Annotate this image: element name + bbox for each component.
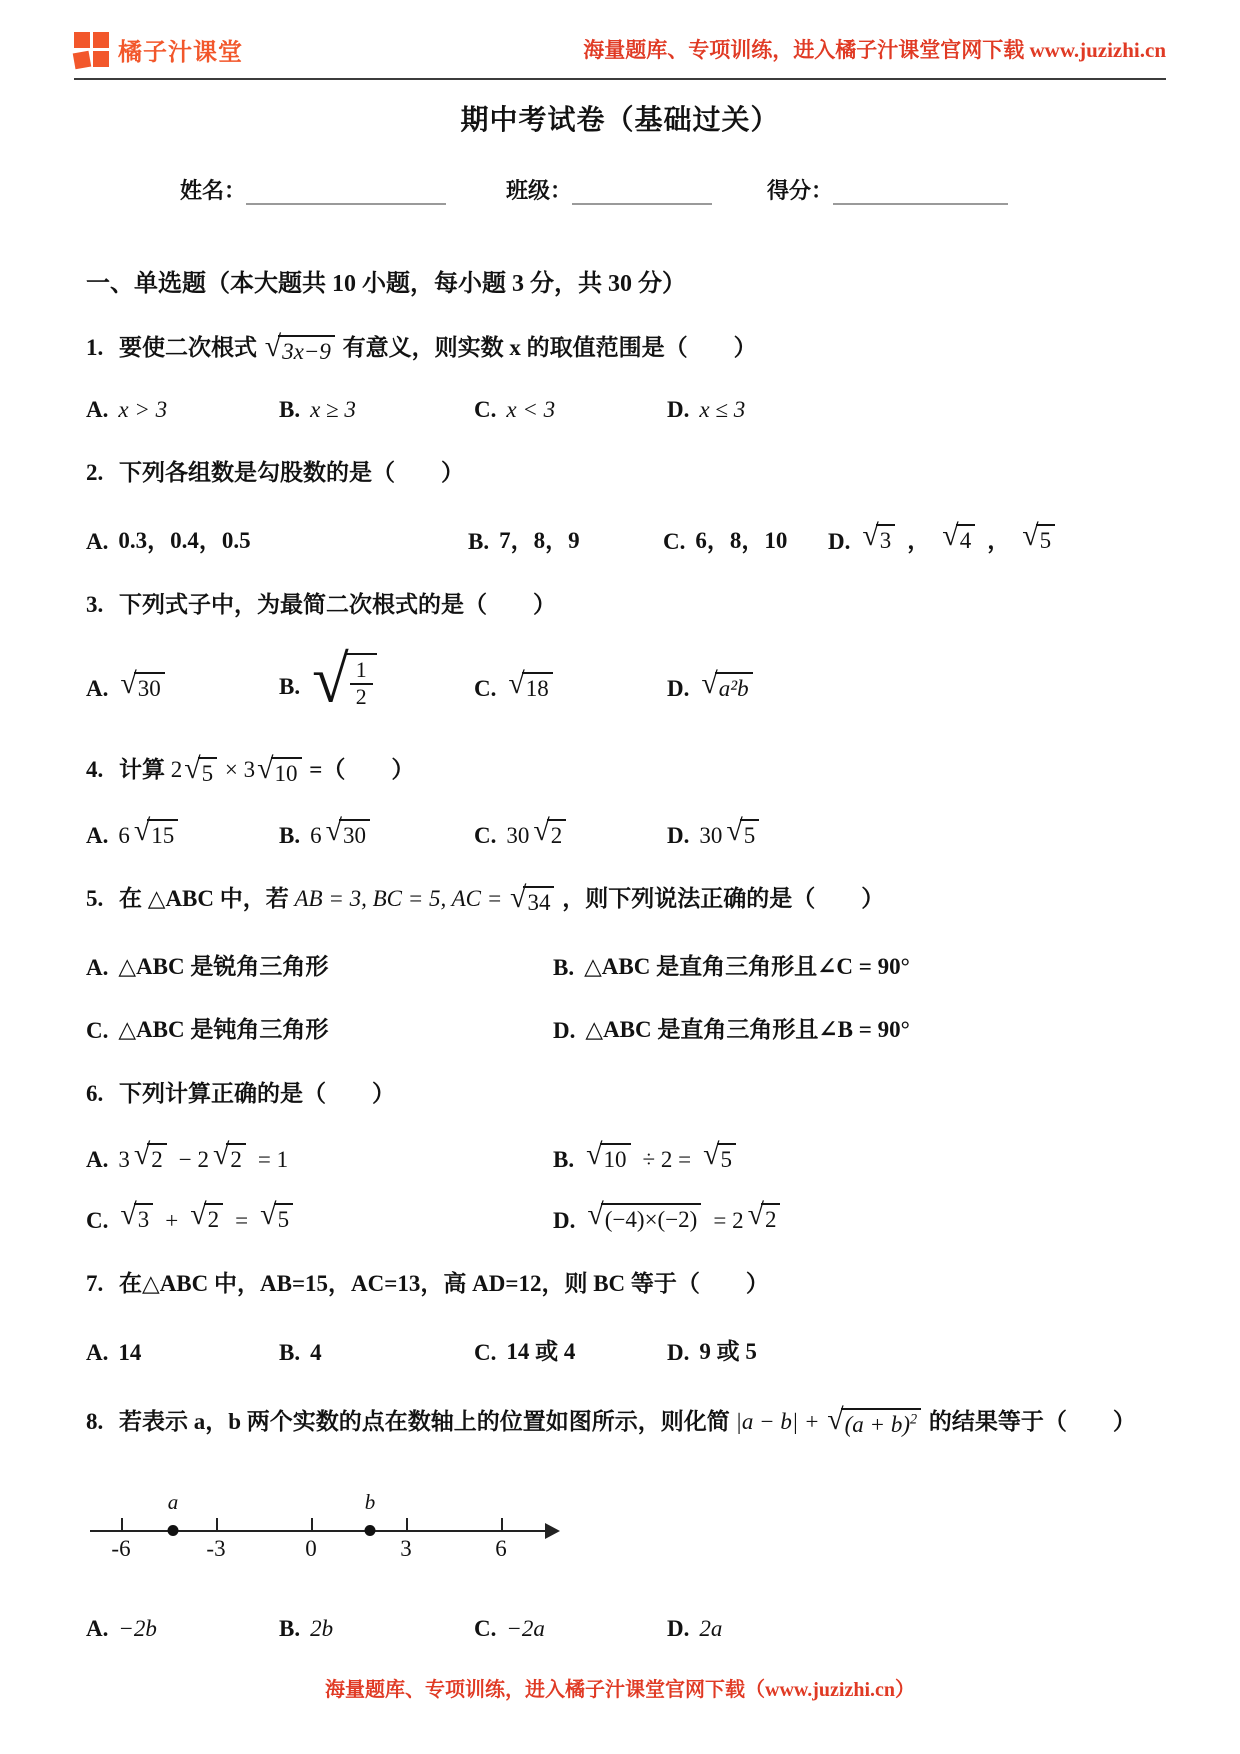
q3-option-d: D.√a²b — [667, 672, 755, 702]
equals-result: = 1 — [258, 1147, 288, 1173]
q1-option-b: B.x ≥ 3 — [279, 397, 474, 423]
q4-text-post: =（ ） — [309, 757, 414, 782]
coefficient: 30 — [506, 823, 529, 849]
option-label: D. — [667, 397, 689, 423]
q5-option-b: B.△ABC 是直角三角形且∠C = 90° — [553, 948, 910, 981]
sqrt-fraction-expression: √12 — [312, 653, 377, 720]
q7-number: 7. — [86, 1271, 103, 1296]
q5-text-post: ，则下列说法正确的是（ ） — [562, 886, 884, 911]
option-label: D. — [667, 1616, 689, 1642]
q3-text: 下列式子中，为最简二次根式的是（ ） — [119, 592, 556, 617]
option-text: x ≥ 3 — [310, 397, 356, 423]
brand-logo: 橘子汁课堂 — [74, 30, 243, 68]
sqrt-expression: √2 — [213, 1143, 246, 1173]
score-label: 得分： — [767, 174, 833, 205]
q5-text-pre: 在 △ABC 中，若 — [119, 886, 289, 911]
q1-option-a: A.x > 3 — [86, 397, 279, 423]
sqrt-expression: √2 — [134, 1143, 167, 1173]
question-4: 4. 计算 2√5 × 3√10 =（ ） — [86, 752, 1154, 789]
radical-sign: √ — [326, 816, 342, 846]
option-text: 0.3，0.4，0.5 — [118, 522, 250, 555]
tick-mark — [216, 1518, 218, 1531]
header-divider — [74, 78, 1166, 80]
name-blank-line — [246, 179, 446, 205]
point-a-label: a — [168, 1490, 179, 1515]
sqrt-expression: √10 — [257, 757, 301, 787]
radical-sign: √ — [862, 521, 878, 551]
sqrt-expression: √3x−9 — [265, 335, 335, 365]
option-label: A. — [86, 529, 108, 555]
sqrt-expression: √15 — [134, 819, 178, 849]
sqrt-expression: √10 — [586, 1143, 630, 1173]
option-label: A. — [86, 1340, 108, 1366]
q2-option-d: D. √3 ， √4 ， √5 — [828, 522, 1057, 555]
radical-sign: √ — [260, 1200, 276, 1230]
option-text: 2a — [699, 1616, 722, 1642]
orange-squares-logo-icon — [74, 30, 110, 68]
q2-text: 下列各组数是勾股数的是（ ） — [119, 460, 464, 485]
absolute-value-expression: |a − b| + — [736, 1409, 820, 1434]
q6-option-b: B. √10 ÷ 2 = √5 — [553, 1143, 738, 1173]
radical-sign: √ — [703, 1140, 719, 1170]
exam-page: 橘子汁课堂 海量题库、专项训练，进入橘子汁课堂官网下载 www.juzizhi.… — [0, 0, 1240, 1754]
sqrt-expression: √5 — [726, 819, 759, 849]
q6-option-d: D. √(−4)×(−2) = 2 √2 — [553, 1203, 782, 1233]
q8-number: 8. — [86, 1409, 103, 1434]
sqrt-expression: √a²b — [701, 672, 752, 702]
page-title: 期中考试卷（基础过关） — [0, 98, 1240, 138]
tick-mark — [501, 1518, 503, 1531]
option-text: −2b — [118, 1616, 157, 1642]
coefficient: 3 — [118, 1147, 130, 1173]
option-label: C. — [663, 529, 685, 555]
question-5: 5. 在 △ABC 中，若 AB = 3, BC = 5, AC = √34 ，… — [86, 881, 1154, 918]
radical-sign: √ — [508, 669, 524, 699]
axis-line — [90, 1530, 548, 1532]
q8-option-b: B.2b — [279, 1616, 474, 1642]
option-label: B. — [468, 529, 489, 555]
q1-option-d: D.x ≤ 3 — [667, 397, 745, 423]
radical-sign: √ — [533, 816, 549, 846]
q6-text: 下列计算正确的是（ ） — [119, 1081, 395, 1106]
radical-sign: √ — [213, 1140, 229, 1170]
radicand: 10 — [271, 757, 302, 787]
option-text: 6，8，10 — [695, 522, 787, 555]
operator: − 2 — [179, 1147, 209, 1173]
option-text: x ≤ 3 — [699, 397, 745, 423]
option-label: A. — [86, 823, 108, 849]
option-label: C. — [474, 823, 496, 849]
q4-option-c: C.30√2 — [474, 819, 667, 849]
q4-options: A.6√15 B.6√30 C.30√2 D.30√5 — [86, 819, 1154, 849]
sqrt-expression: √34 — [510, 886, 554, 916]
question-1: 1. 要使二次根式 √3x−9 有意义，则实数 x 的取值范围是（ ） — [86, 330, 1154, 367]
operator: × 3 — [225, 757, 255, 782]
equals-coefficient: = 2 — [713, 1208, 743, 1234]
option-label: C. — [474, 676, 496, 702]
q4-option-b: B.6√30 — [279, 819, 474, 849]
separator: ， — [987, 522, 1010, 555]
q7-option-b: B.4 — [279, 1340, 474, 1366]
q6-options-row-2: C. √3 + √2 = √5 D. √(−4)×(−2) = 2 √2 — [86, 1203, 1154, 1233]
q3-option-c: C.√18 — [474, 672, 667, 702]
q7-options: A.14 B.4 C.14 或 4 D.9 或 5 — [86, 1333, 1154, 1366]
tick-label: 0 — [305, 1536, 317, 1562]
q6-option-a: A. 3√2 − 2√2 = 1 — [86, 1143, 553, 1173]
option-text: △ABC 是直角三角形且∠C = 90° — [584, 948, 910, 981]
sqrt-expression: √2 — [190, 1203, 223, 1233]
q5-option-c: C.△ABC 是钝角三角形 — [86, 1011, 553, 1044]
q6-options-row-1: A. 3√2 − 2√2 = 1 B. √10 ÷ 2 = √5 — [86, 1143, 1154, 1173]
q2-option-b: B.7，8，9 — [468, 522, 663, 555]
radicand: 3x−9 — [278, 335, 335, 365]
question-2: 2. 下列各组数是勾股数的是（ ） — [86, 455, 1154, 492]
q1-number: 1. — [86, 335, 103, 360]
radical-sign: √ — [134, 1140, 150, 1170]
radical-sign: √ — [726, 816, 742, 846]
q4-number: 4. — [86, 757, 103, 782]
radicand: 18 — [522, 672, 553, 702]
q5-option-d: D.△ABC 是直角三角形且∠B = 90° — [553, 1011, 910, 1044]
q3-number: 3. — [86, 592, 103, 617]
exam-body: 一、单选题（本大题共 10 小题，每小题 3 分，共 30 分） 1. 要使二次… — [0, 263, 1240, 1642]
question-7: 7. 在△ABC 中，AB=15，AC=13，高 AD=12，则 BC 等于（ … — [86, 1266, 1154, 1303]
radical-sign: √ — [510, 883, 526, 913]
q1-text-post: 有意义，则实数 x 的取值范围是（ ） — [343, 335, 757, 360]
option-label: C. — [86, 1208, 108, 1234]
radicand-base: (a + b) — [845, 1412, 910, 1437]
section-heading: 一、单选题（本大题共 10 小题，每小题 3 分，共 30 分） — [86, 263, 1154, 298]
coefficient: 6 — [118, 823, 130, 849]
coefficient: 6 — [310, 823, 322, 849]
option-label: C. — [474, 1616, 496, 1642]
fraction-numerator: 1 — [350, 659, 373, 685]
option-text: △ABC 是锐角三角形 — [118, 948, 328, 981]
option-label: D. — [553, 1018, 575, 1044]
q6-option-c: C. √3 + √2 = √5 — [86, 1203, 553, 1233]
sqrt-expression: √5 — [1022, 524, 1055, 554]
sqrt-expression: √5 — [703, 1143, 736, 1173]
q3-options: A.√30 B. √12 C.√18 D.√a²b — [86, 653, 1154, 720]
coefficient: 30 — [699, 823, 722, 849]
option-text: 4 — [310, 1340, 322, 1366]
radical-sign: √ — [184, 754, 200, 784]
separator: ， — [907, 522, 930, 555]
option-label: B. — [279, 674, 300, 700]
point-b-dot — [365, 1525, 376, 1536]
sqrt-expression: √2 — [748, 1203, 781, 1233]
option-label: A. — [86, 1616, 108, 1642]
sqrt-expression: √30 — [326, 819, 370, 849]
q8-number-line-figure: a b -6 -3 0 3 6 — [90, 1486, 560, 1578]
q3-option-b: B. √12 — [279, 653, 474, 720]
q8-options: A.−2b B.2b C.−2a D.2a — [86, 1616, 1154, 1642]
tick-mark — [406, 1518, 408, 1531]
operator: = — [235, 1208, 248, 1234]
sqrt-expression: √(−4)×(−2) — [587, 1203, 701, 1233]
sqrt-expression: √18 — [508, 672, 552, 702]
radicand: 15 — [147, 819, 178, 849]
sqrt-expression: √3 — [120, 1203, 153, 1233]
q1-options: A.x > 3 B.x ≥ 3 C.x < 3 D.x ≤ 3 — [86, 397, 1154, 423]
tick-label: -3 — [206, 1536, 225, 1562]
sqrt-expression: √5 — [260, 1203, 293, 1233]
tick-label: 6 — [495, 1536, 507, 1562]
option-label: B. — [279, 823, 300, 849]
radical-sign: √ — [701, 669, 717, 699]
option-label: A. — [86, 676, 108, 702]
option-label: B. — [279, 397, 300, 423]
q5-option-a: A.△ABC 是锐角三角形 — [86, 948, 553, 981]
sqrt-expression: √4 — [942, 524, 975, 554]
sqrt-expression: √30 — [120, 672, 164, 702]
option-label: C. — [474, 1340, 496, 1366]
sqrt-expression: √5 — [184, 757, 217, 787]
question-3: 3. 下列式子中，为最简二次根式的是（ ） — [86, 587, 1154, 624]
sqrt-expression: √(a + b)2 — [827, 1408, 921, 1438]
q7-text: 在△ABC 中，AB=15，AC=13，高 AD=12，则 BC 等于（ ） — [119, 1271, 769, 1296]
option-label: C. — [474, 397, 496, 423]
q8-option-a: A.−2b — [86, 1616, 279, 1642]
option-text: 9 或 5 — [699, 1333, 757, 1366]
class-label: 班级： — [506, 174, 572, 205]
coefficient: 2 — [171, 757, 183, 782]
axis-arrow-icon — [545, 1523, 560, 1539]
tick-mark — [121, 1518, 123, 1531]
fraction-denominator: 2 — [356, 685, 367, 709]
sqrt-expression: √3 — [862, 524, 895, 554]
radical-sign: √ — [748, 1200, 764, 1230]
option-text: 14 — [118, 1340, 141, 1366]
sqrt-expression: √2 — [533, 819, 566, 849]
option-label: A. — [86, 397, 108, 423]
q5-options-row-1: A.△ABC 是锐角三角形 B.△ABC 是直角三角形且∠C = 90° — [86, 948, 1154, 981]
radicand: 12 — [346, 653, 377, 709]
radical-sign: √ — [120, 669, 136, 699]
q5-number: 5. — [86, 886, 103, 911]
option-text: −2a — [506, 1616, 545, 1642]
q8-option-c: C.−2a — [474, 1616, 667, 1642]
option-label: D. — [667, 1340, 689, 1366]
q8-text-pre: 若表示 a，b 两个实数的点在数轴上的位置如图所示，则化简 — [119, 1409, 730, 1434]
option-label: D. — [667, 823, 689, 849]
option-label: C. — [86, 1018, 108, 1044]
q8-option-d: D.2a — [667, 1616, 722, 1642]
radical-sign: √ — [586, 1140, 602, 1170]
radical-sign: √ — [134, 816, 150, 846]
q5-math: AB = 3, BC = 5, AC = — [295, 886, 503, 911]
q2-option-a: A.0.3，0.4，0.5 — [86, 522, 468, 555]
q7-option-d: D.9 或 5 — [667, 1333, 757, 1366]
q5-options-row-2: C.△ABC 是钝角三角形 D.△ABC 是直角三角形且∠B = 90° — [86, 1011, 1154, 1044]
radical-sign: √ — [120, 1200, 136, 1230]
option-label: B. — [279, 1616, 300, 1642]
option-label: B. — [279, 1340, 300, 1366]
name-label: 姓名： — [180, 174, 246, 205]
radical-sign: √ — [257, 754, 273, 784]
option-text: x > 3 — [118, 397, 167, 423]
header-promo-text: 海量题库、专项训练，进入橘子汁课堂官网下载 www.juzizhi.cn — [583, 34, 1166, 64]
score-blank-line — [833, 179, 1008, 205]
option-text: 2b — [310, 1616, 333, 1642]
radicand: a²b — [715, 672, 753, 702]
q4-option-a: A.6√15 — [86, 819, 279, 849]
q2-option-c: C.6，8，10 — [663, 522, 828, 555]
option-text: x < 3 — [506, 397, 555, 423]
option-label: D. — [667, 676, 689, 702]
point-a-dot — [168, 1525, 179, 1536]
page-header: 橘子汁课堂 海量题库、专项训练，进入橘子汁课堂官网下载 www.juzizhi.… — [0, 0, 1240, 68]
option-text: △ABC 是直角三角形且∠B = 90° — [585, 1011, 909, 1044]
exponent: 2 — [910, 1411, 917, 1427]
student-info-row: 姓名： 班级： 得分： — [180, 174, 1240, 205]
q1-text-pre: 要使二次根式 — [119, 335, 257, 360]
tick-mark — [311, 1518, 313, 1531]
option-label: A. — [86, 1147, 108, 1173]
tick-label: 3 — [400, 1536, 412, 1562]
radical-sign: √ — [1022, 521, 1038, 551]
radical-sign: √ — [190, 1200, 206, 1230]
fraction: 12 — [350, 659, 373, 709]
tick-label: -6 — [111, 1536, 130, 1562]
option-label: D. — [828, 529, 850, 555]
option-label: B. — [553, 955, 574, 981]
option-label: D. — [553, 1208, 575, 1234]
brand-name: 橘子汁课堂 — [118, 32, 243, 67]
class-blank-line — [572, 179, 712, 205]
radicand: 10 — [600, 1143, 631, 1173]
q3-option-a: A.√30 — [86, 672, 279, 702]
point-b-label: b — [365, 1490, 376, 1515]
option-text: 7，8，9 — [499, 522, 580, 555]
q1-option-c: C.x < 3 — [474, 397, 667, 423]
radicand: (a + b)2 — [841, 1408, 921, 1438]
radical-sign: √ — [942, 521, 958, 551]
radical-sign: √ — [827, 1405, 843, 1435]
q4-option-d: D.30√5 — [667, 819, 761, 849]
radicand: 34 — [523, 886, 554, 916]
q2-options: A.0.3，0.4，0.5 B.7，8，9 C.6，8，10 D. √3 ， √… — [86, 522, 1154, 555]
radicand: (−4)×(−2) — [601, 1203, 702, 1233]
footer-promo-text: 海量题库、专项训练，进入橘子汁课堂官网下载（www.juzizhi.cn） — [0, 1673, 1240, 1702]
option-text: 14 或 4 — [506, 1333, 575, 1366]
option-label: B. — [553, 1147, 574, 1173]
radical-sign: √ — [312, 648, 349, 715]
q6-number: 6. — [86, 1081, 103, 1106]
q7-option-a: A.14 — [86, 1340, 279, 1366]
q8-text-post: 的结果等于（ ） — [929, 1409, 1136, 1434]
radical-sign: √ — [587, 1200, 603, 1230]
q2-number: 2. — [86, 460, 103, 485]
question-6: 6. 下列计算正确的是（ ） — [86, 1076, 1154, 1113]
operator: + — [165, 1208, 178, 1234]
q7-option-c: C.14 或 4 — [474, 1333, 667, 1366]
q4-text-pre: 计算 — [119, 757, 165, 782]
radical-sign: √ — [265, 332, 281, 362]
question-8: 8. 若表示 a，b 两个实数的点在数轴上的位置如图所示，则化简 |a − b|… — [86, 1398, 1154, 1446]
option-label: A. — [86, 955, 108, 981]
operator: ÷ 2 = — [643, 1147, 692, 1173]
radicand: 30 — [339, 819, 370, 849]
option-text: △ABC 是钝角三角形 — [118, 1011, 328, 1044]
radicand: 30 — [134, 672, 165, 702]
